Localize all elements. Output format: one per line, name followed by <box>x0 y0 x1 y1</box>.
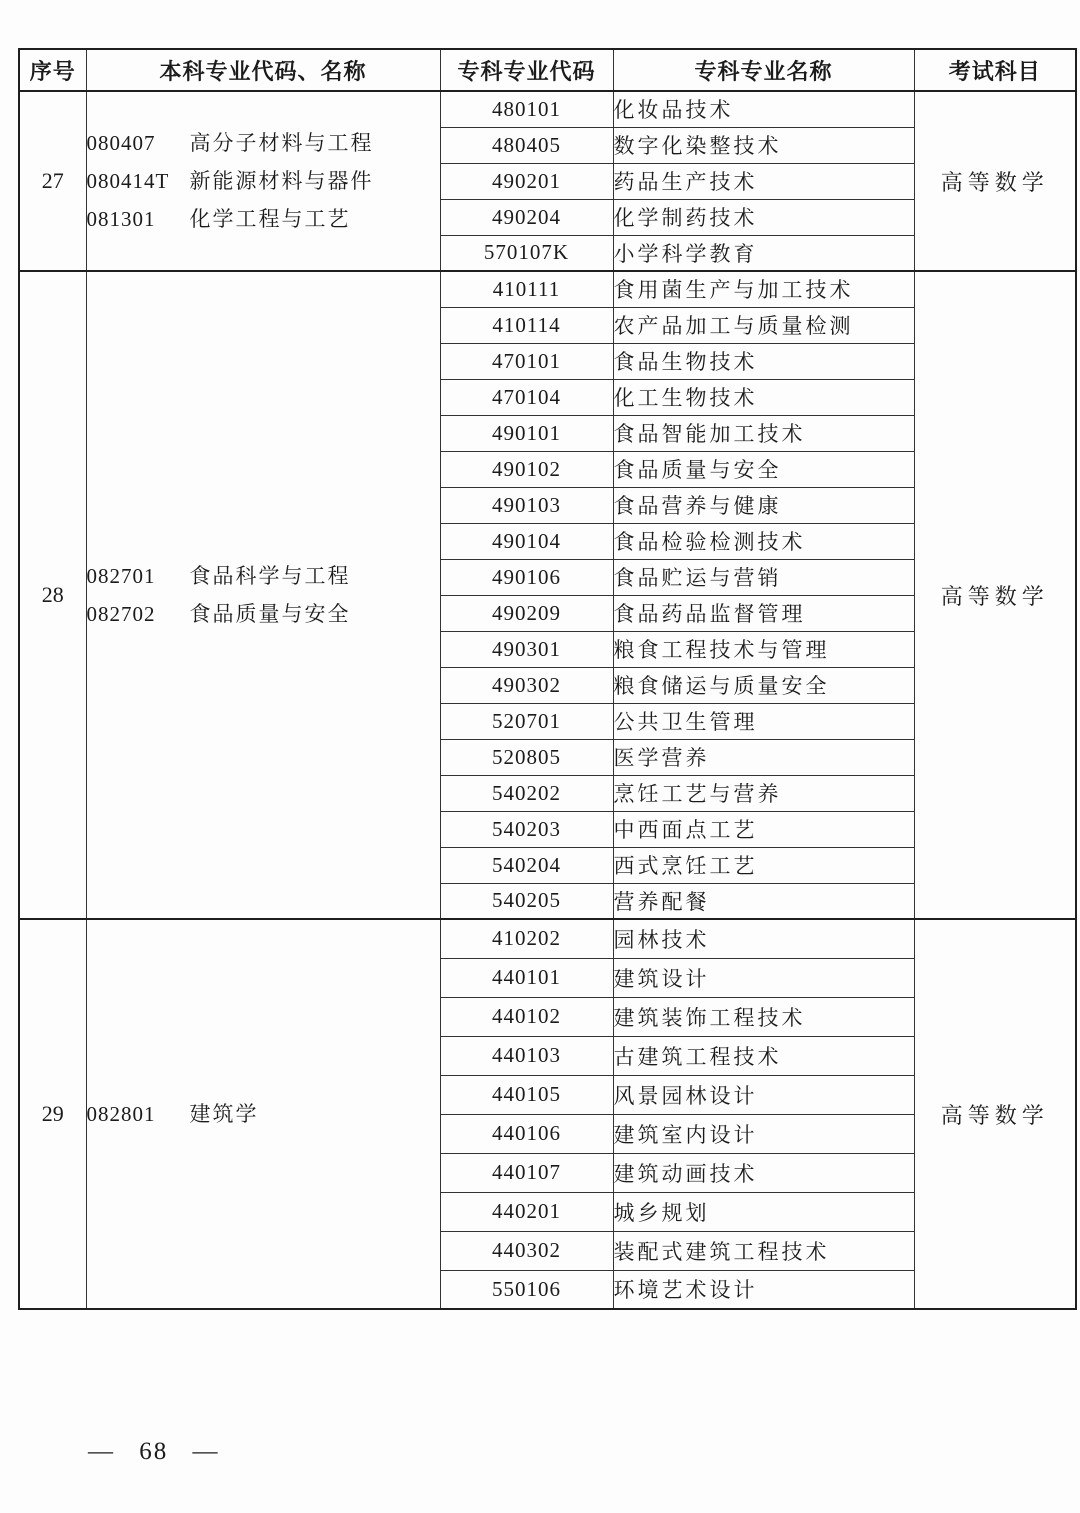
college-major-name-cell: 食品药品监督管理 <box>613 595 914 631</box>
undergrad-major-code: 082701 <box>87 557 190 595</box>
college-major-code-cell: 440101 <box>440 958 613 997</box>
document-page: 序号 本科专业代码、名称 专科专业代码 专科专业名称 考试科目 27080407… <box>0 0 1080 1513</box>
table-header-row: 序号 本科专业代码、名称 专科专业代码 专科专业名称 考试科目 <box>19 49 1076 91</box>
undergrad-major-line: 082702食品质量与安全 <box>87 595 440 633</box>
undergrad-major-name: 食品质量与安全 <box>190 595 351 633</box>
majors-table: 序号 本科专业代码、名称 专科专业代码 专科专业名称 考试科目 27080407… <box>18 48 1077 1310</box>
college-major-name-cell: 食品检验检测技术 <box>613 523 914 559</box>
header-seq: 序号 <box>19 49 86 91</box>
college-major-code-cell: 490101 <box>440 415 613 451</box>
page-number: — 68 — <box>88 1438 220 1466</box>
undergrad-major-code: 082801 <box>87 1095 190 1133</box>
college-major-code-cell: 440201 <box>440 1192 613 1231</box>
college-major-code-cell: 490204 <box>440 199 613 235</box>
college-major-code-cell: 480405 <box>440 127 613 163</box>
undergrad-majors-cell: 080407高分子材料与工程080414T新能源材料与器件081301化学工程与… <box>86 91 440 271</box>
sequence-number-cell: 29 <box>19 919 86 1309</box>
undergrad-majors-cell: 082701食品科学与工程082702食品质量与安全 <box>86 271 440 919</box>
exam-subject-cell: 高等数学 <box>914 271 1076 919</box>
college-major-code-cell: 520701 <box>440 703 613 739</box>
college-major-name-cell: 营养配餐 <box>613 883 914 919</box>
college-major-code-cell: 520805 <box>440 739 613 775</box>
college-major-name-cell: 化妆品技术 <box>613 91 914 127</box>
undergrad-major-code: 080407 <box>87 124 190 162</box>
college-major-name-cell: 中西面点工艺 <box>613 811 914 847</box>
college-major-name-cell: 烹饪工艺与营养 <box>613 775 914 811</box>
college-major-code-cell: 540205 <box>440 883 613 919</box>
college-major-code-cell: 470104 <box>440 379 613 415</box>
college-major-code-cell: 490106 <box>440 559 613 595</box>
college-major-name-cell: 园林技术 <box>613 919 914 958</box>
college-major-name-cell: 环境艺术设计 <box>613 1270 914 1309</box>
college-major-name-cell: 粮食工程技术与管理 <box>613 631 914 667</box>
college-major-code-cell: 570107K <box>440 235 613 271</box>
college-major-code-cell: 490302 <box>440 667 613 703</box>
college-major-name-cell: 装配式建筑工程技术 <box>613 1231 914 1270</box>
majors-table-body: 27080407高分子材料与工程080414T新能源材料与器件081301化学工… <box>19 91 1076 1309</box>
college-major-code-cell: 410202 <box>440 919 613 958</box>
college-major-code-cell: 490201 <box>440 163 613 199</box>
college-major-code-cell: 490102 <box>440 451 613 487</box>
college-major-name-cell: 古建筑工程技术 <box>613 1036 914 1075</box>
undergrad-major-code: 082702 <box>87 595 190 633</box>
college-major-name-cell: 建筑室内设计 <box>613 1114 914 1153</box>
college-major-name-cell: 西式烹饪工艺 <box>613 847 914 883</box>
undergrad-majors-cell: 082801建筑学 <box>86 919 440 1309</box>
college-major-code-cell: 540204 <box>440 847 613 883</box>
header-college-name: 专科专业名称 <box>613 49 914 91</box>
college-major-name-cell: 建筑装饰工程技术 <box>613 997 914 1036</box>
table-row: 27080407高分子材料与工程080414T新能源材料与器件081301化学工… <box>19 91 1076 127</box>
exam-subject-cell: 高等数学 <box>914 91 1076 271</box>
college-major-name-cell: 公共卫生管理 <box>613 703 914 739</box>
undergrad-major-name: 建筑学 <box>190 1095 259 1133</box>
college-major-code-cell: 490209 <box>440 595 613 631</box>
college-major-code-cell: 540202 <box>440 775 613 811</box>
college-major-name-cell: 医学营养 <box>613 739 914 775</box>
exam-subject-cell: 高等数学 <box>914 919 1076 1309</box>
sequence-number-cell: 27 <box>19 91 86 271</box>
college-major-code-cell: 540203 <box>440 811 613 847</box>
college-major-name-cell: 药品生产技术 <box>613 163 914 199</box>
college-major-name-cell: 小学科学教育 <box>613 235 914 271</box>
college-major-name-cell: 化学制药技术 <box>613 199 914 235</box>
college-major-code-cell: 440102 <box>440 997 613 1036</box>
undergrad-major-code: 081301 <box>87 200 190 238</box>
college-major-code-cell: 490104 <box>440 523 613 559</box>
college-major-name-cell: 风景园林设计 <box>613 1075 914 1114</box>
undergrad-major-line: 081301化学工程与工艺 <box>87 200 440 238</box>
undergrad-major-code: 080414T <box>87 162 190 200</box>
table-row: 28082701食品科学与工程082702食品质量与安全410111食用菌生产与… <box>19 271 1076 307</box>
college-major-name-cell: 食品智能加工技术 <box>613 415 914 451</box>
college-major-code-cell: 490103 <box>440 487 613 523</box>
college-major-code-cell: 410114 <box>440 307 613 343</box>
college-major-name-cell: 粮食储运与质量安全 <box>613 667 914 703</box>
header-exam-subject: 考试科目 <box>914 49 1076 91</box>
undergrad-major-name: 新能源材料与器件 <box>190 162 374 200</box>
college-major-name-cell: 食用菌生产与加工技术 <box>613 271 914 307</box>
undergrad-major-line: 080407高分子材料与工程 <box>87 124 440 162</box>
college-major-code-cell: 440302 <box>440 1231 613 1270</box>
college-major-name-cell: 食品贮运与营销 <box>613 559 914 595</box>
college-major-name-cell: 建筑动画技术 <box>613 1153 914 1192</box>
college-major-code-cell: 550106 <box>440 1270 613 1309</box>
undergrad-major-name: 化学工程与工艺 <box>190 200 351 238</box>
undergrad-major-line: 080414T新能源材料与器件 <box>87 162 440 200</box>
undergrad-major-name: 高分子材料与工程 <box>190 124 374 162</box>
college-major-name-cell: 食品质量与安全 <box>613 451 914 487</box>
undergrad-major-name: 食品科学与工程 <box>190 557 351 595</box>
college-major-name-cell: 农产品加工与质量检测 <box>613 307 914 343</box>
college-major-code-cell: 480101 <box>440 91 613 127</box>
table-row: 29082801建筑学410202园林技术高等数学 <box>19 919 1076 958</box>
college-major-name-cell: 食品营养与健康 <box>613 487 914 523</box>
college-major-name-cell: 化工生物技术 <box>613 379 914 415</box>
undergrad-major-line: 082701食品科学与工程 <box>87 557 440 595</box>
college-major-name-cell: 城乡规划 <box>613 1192 914 1231</box>
college-major-code-cell: 440105 <box>440 1075 613 1114</box>
sequence-number-cell: 28 <box>19 271 86 919</box>
undergrad-major-line: 082801建筑学 <box>87 1095 440 1133</box>
college-major-name-cell: 食品生物技术 <box>613 343 914 379</box>
header-college-code: 专科专业代码 <box>440 49 613 91</box>
college-major-code-cell: 470101 <box>440 343 613 379</box>
college-major-code-cell: 440106 <box>440 1114 613 1153</box>
college-major-name-cell: 数字化染整技术 <box>613 127 914 163</box>
college-major-code-cell: 440103 <box>440 1036 613 1075</box>
college-major-name-cell: 建筑设计 <box>613 958 914 997</box>
college-major-code-cell: 490301 <box>440 631 613 667</box>
header-undergrad-code-name: 本科专业代码、名称 <box>86 49 440 91</box>
college-major-code-cell: 440107 <box>440 1153 613 1192</box>
college-major-code-cell: 410111 <box>440 271 613 307</box>
